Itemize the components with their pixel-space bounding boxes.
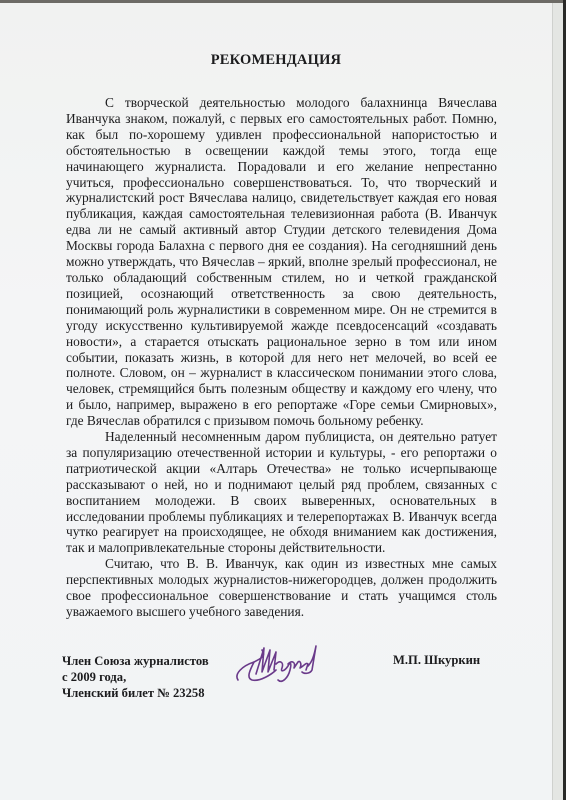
signer-name: М.П. Шкуркин xyxy=(393,653,480,668)
membership-line-3: Членский билет № 23258 xyxy=(62,685,209,701)
document-title: РЕКОМЕНДАЦИЯ xyxy=(0,52,552,69)
paragraph-3: Считаю, что В. В. Иванчук, как один из и… xyxy=(66,556,497,620)
signature-icon xyxy=(232,640,322,688)
membership-line-2: с 2009 года, xyxy=(62,669,209,685)
paragraph-2: Наделенный несомненным даром публициста,… xyxy=(66,429,497,556)
paragraph-1: С творческой деятельностью молодого бала… xyxy=(66,95,497,429)
document-body: С творческой деятельностью молодого бала… xyxy=(66,95,497,620)
membership-line-1: Член Союза журналистов xyxy=(62,653,209,669)
membership-info: Член Союза журналистов с 2009 года, Член… xyxy=(62,653,209,701)
